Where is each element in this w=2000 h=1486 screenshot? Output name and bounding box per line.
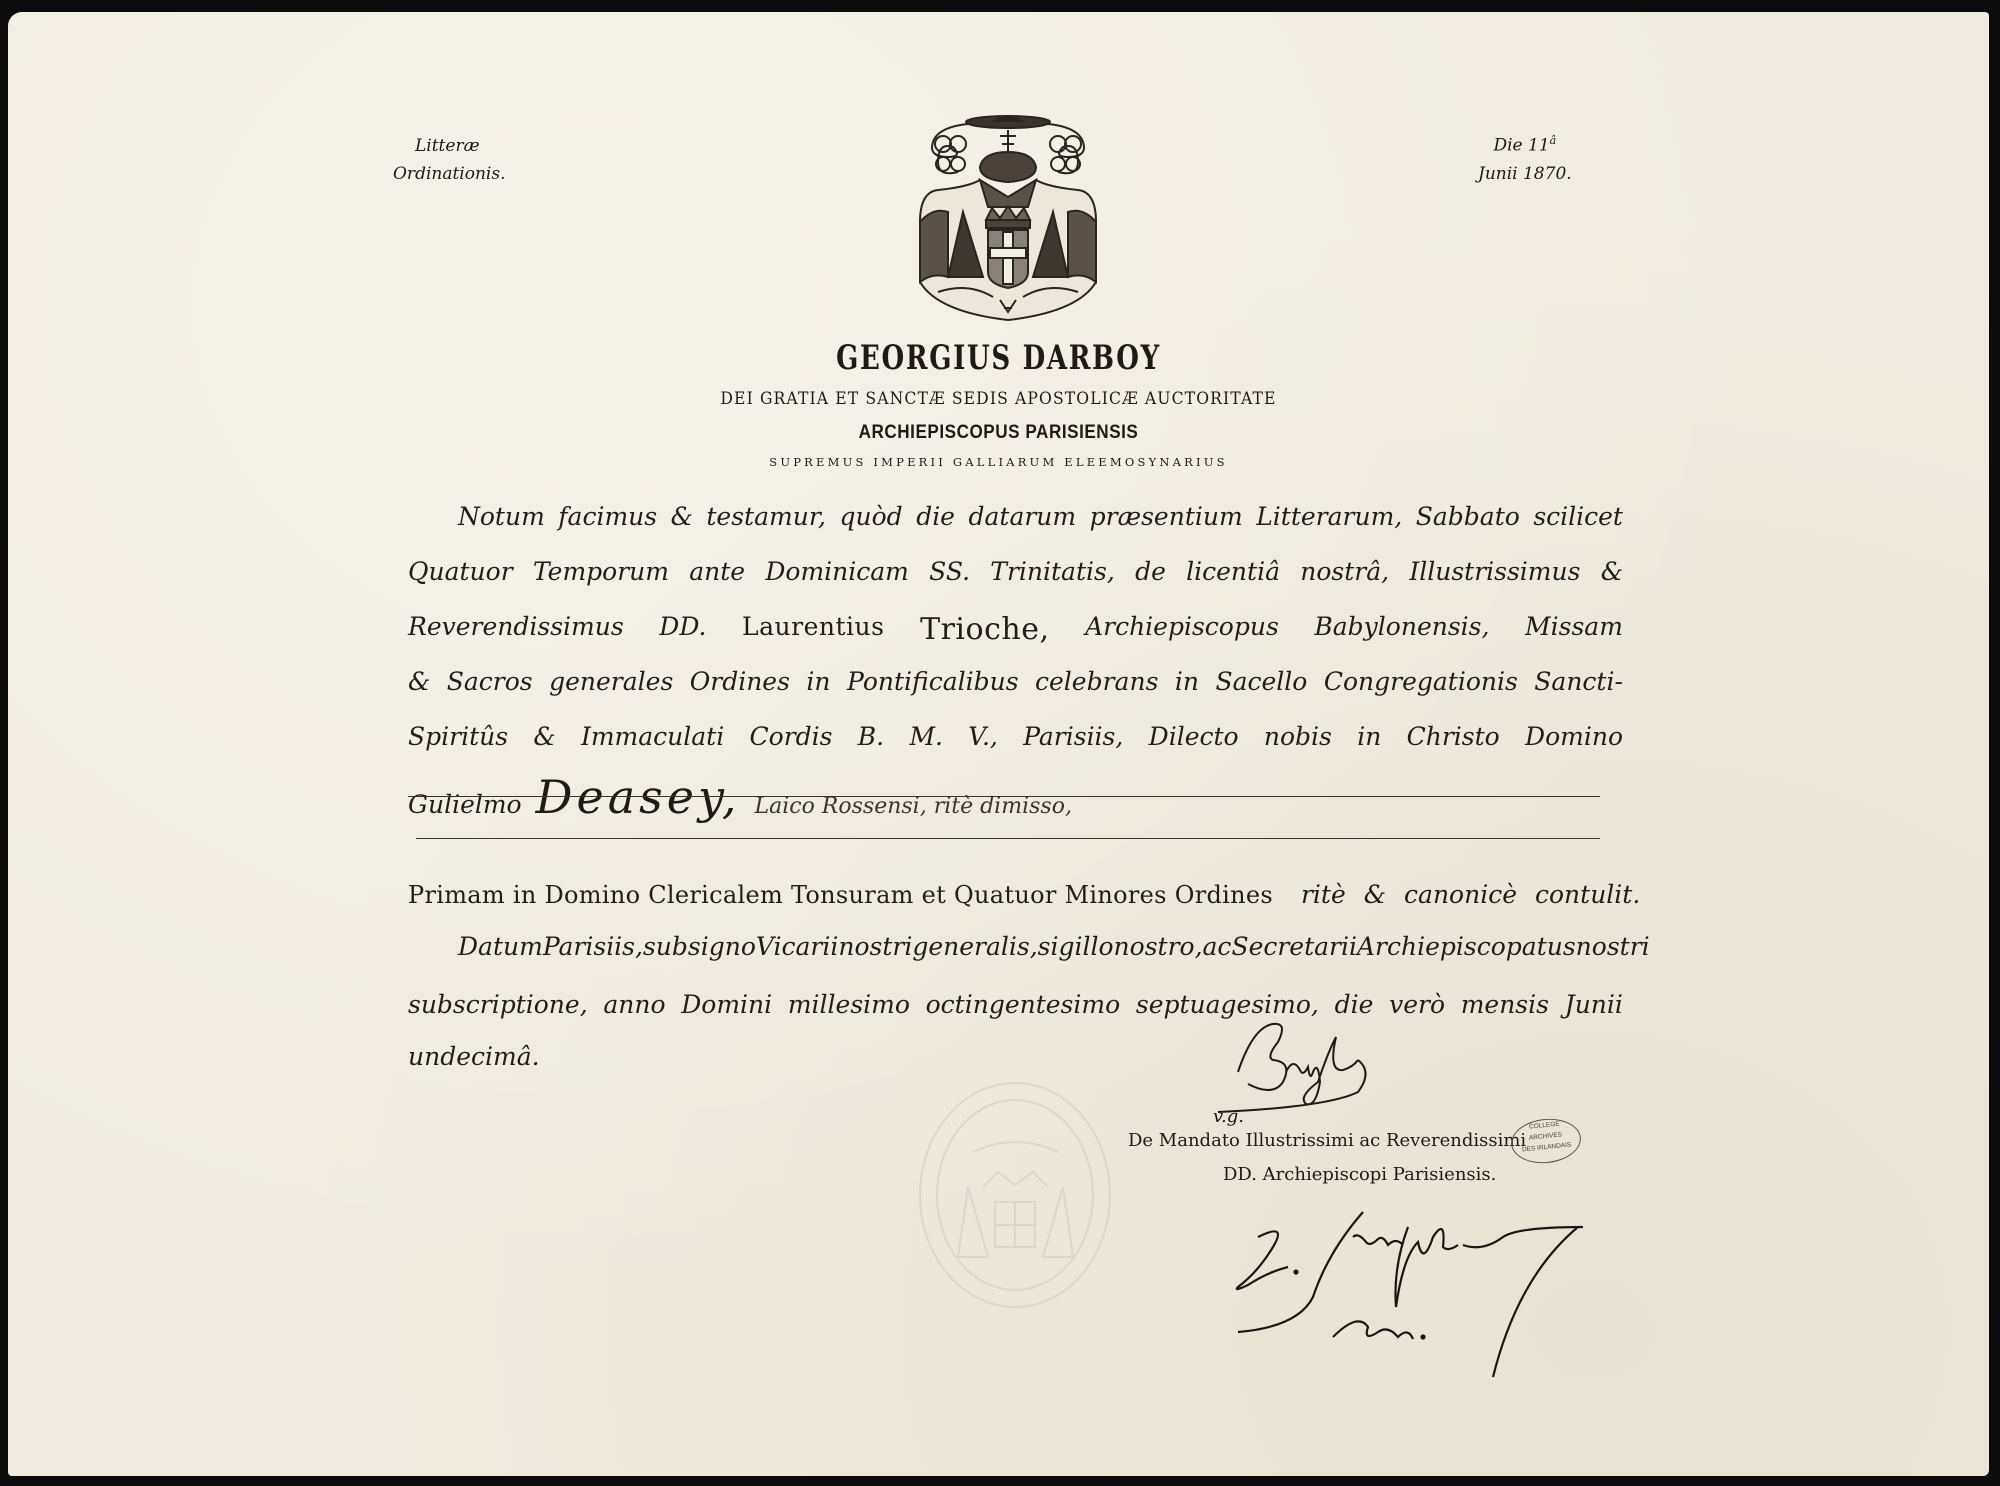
word: Domino xyxy=(1525,722,1623,751)
word: Immaculati xyxy=(581,722,724,751)
orders-conferred: Primam in Domino Clericalem Tonsuram et … xyxy=(408,881,1273,909)
word: Sancti- xyxy=(1534,667,1623,696)
word: Sacros xyxy=(447,667,533,696)
body-line-4: & Sacros generales Ordines in Pontifical… xyxy=(408,667,1623,696)
document-paper: Litteræ Ordinationis. Die 11â Junii 1870… xyxy=(8,12,1989,1476)
orders-line: Primam in Domino Clericalem Tonsuram et … xyxy=(408,880,1623,909)
word: Illustrissimus xyxy=(1409,557,1580,586)
word: in xyxy=(806,667,830,696)
recipient-line: Gulielmo Deasey, Laico Rossensi, ritè di… xyxy=(408,770,1623,824)
word: Congregationis xyxy=(1324,667,1518,696)
word: signo xyxy=(688,932,756,961)
word: Dominicam xyxy=(765,557,909,586)
datum-line-2: subscriptione, anno Domini millesimo oct… xyxy=(408,990,1623,1019)
fill-line-1 xyxy=(408,796,1600,797)
datum-line-3: undecimâ. xyxy=(408,1042,1623,1071)
body-line-1: Notum facimus & testamur, quòd die datar… xyxy=(408,502,1623,531)
word: Dilecto xyxy=(1149,722,1239,751)
word: Cordis xyxy=(750,722,833,751)
certificate-body: Notum facimus & testamur, quòd die datar… xyxy=(408,12,1623,1112)
word: Trinitatis, xyxy=(990,557,1115,586)
word: Temporum xyxy=(533,557,669,586)
ordaining-bishop-first-name: Laurentius xyxy=(742,612,884,647)
word: nobis xyxy=(1264,722,1332,751)
word: Ordines xyxy=(690,667,790,696)
word: Pontificalibus xyxy=(847,667,1019,696)
secretary-signature xyxy=(1218,1197,1598,1387)
word: & xyxy=(533,722,555,751)
word: & xyxy=(671,502,693,531)
word: nostri xyxy=(1576,932,1650,961)
word: nostri xyxy=(838,932,912,961)
word: millesimo xyxy=(788,990,910,1019)
recipient-description: Laico Rossensi, ritè dimisso, xyxy=(754,794,1071,819)
datum-line-1: Datum Parisiis, sub signo Vicarii nostri… xyxy=(408,932,1623,961)
word: de xyxy=(1135,557,1166,586)
fill-line-2 xyxy=(416,838,1600,839)
vicar-general-signature: v.g. xyxy=(1178,1012,1418,1132)
word: Babylonensis, xyxy=(1314,612,1489,647)
word: contulit. xyxy=(1535,880,1640,909)
word: ritè xyxy=(1301,880,1346,909)
word: octingentesimo xyxy=(926,990,1121,1019)
word: Sabbato xyxy=(1416,502,1520,531)
word: & xyxy=(1364,880,1386,909)
word: Archiepiscopus xyxy=(1085,612,1279,647)
body-line-3: Reverendissimus DD. Laurentius Trioche, … xyxy=(408,612,1623,647)
word: celebrans xyxy=(1035,667,1158,696)
word: nostro, xyxy=(1114,932,1203,961)
word: in xyxy=(1175,667,1199,696)
word: ante xyxy=(689,557,745,586)
ordaining-bishop-surname: Trioche, xyxy=(920,612,1049,647)
word: M. xyxy=(909,722,943,751)
word: Reverendissimus xyxy=(408,612,624,647)
word: canonicè xyxy=(1404,880,1517,909)
word: Parisiis, xyxy=(1023,722,1123,751)
word: in xyxy=(1357,722,1381,751)
word: Vicarii xyxy=(756,932,838,961)
body-line-5: Spiritûs & Immaculati Cordis B. M. V., P… xyxy=(408,722,1623,751)
word: Junii xyxy=(1565,990,1623,1019)
word: DD. xyxy=(659,612,706,647)
word: Christo xyxy=(1407,722,1500,751)
word: sigillo xyxy=(1038,932,1114,961)
word: Domini xyxy=(681,990,772,1019)
embossed-seal xyxy=(913,1077,1118,1312)
word: & xyxy=(408,667,430,696)
word: nostrâ, xyxy=(1300,557,1389,586)
word: Litterarum, xyxy=(1256,502,1402,531)
word: sub xyxy=(643,932,688,961)
word: die xyxy=(916,502,955,531)
word: licentiâ xyxy=(1186,557,1280,586)
word: testamur, xyxy=(706,502,826,531)
word: B. xyxy=(858,722,884,751)
mandate-line-1: De Mandato Illustrissimi ac Reverendissi… xyxy=(1128,1124,1526,1158)
word: facimus xyxy=(558,502,657,531)
word: generales xyxy=(549,667,673,696)
word: Archiepiscopatus xyxy=(1357,932,1576,961)
word: præsentium xyxy=(1090,502,1243,531)
word: Missam xyxy=(1525,612,1623,647)
word: Notum xyxy=(458,502,545,531)
word: anno xyxy=(603,990,665,1019)
word: undecimâ. xyxy=(408,1042,540,1071)
word: Secretarii xyxy=(1231,932,1357,961)
word: ac xyxy=(1203,932,1232,961)
word: quòd xyxy=(840,502,903,531)
word: Sacello xyxy=(1215,667,1307,696)
word: Spiritûs xyxy=(408,722,508,751)
word: scilicet xyxy=(1533,502,1623,531)
mandate-line-2: DD. Archiepiscopi Parisiensis. xyxy=(1128,1158,1526,1192)
body-line-2: Quatuor Temporum ante Dominicam SS. Trin… xyxy=(408,557,1623,586)
word: & xyxy=(1601,557,1623,586)
recipient-surname: Deasey, xyxy=(536,770,741,824)
word: Parisiis, xyxy=(543,932,643,961)
mandate-text: De Mandato Illustrissimi ac Reverendissi… xyxy=(1128,1124,1526,1192)
word: subscriptione, xyxy=(408,990,588,1019)
word: generalis, xyxy=(912,932,1037,961)
word: datarum xyxy=(969,502,1077,531)
word: V., xyxy=(968,722,998,751)
recipient-first-name: Gulielmo xyxy=(408,790,522,819)
word: SS. xyxy=(929,557,970,586)
word: Quatuor xyxy=(408,557,513,586)
word: Datum xyxy=(458,932,543,961)
word: mensis xyxy=(1461,990,1549,1019)
